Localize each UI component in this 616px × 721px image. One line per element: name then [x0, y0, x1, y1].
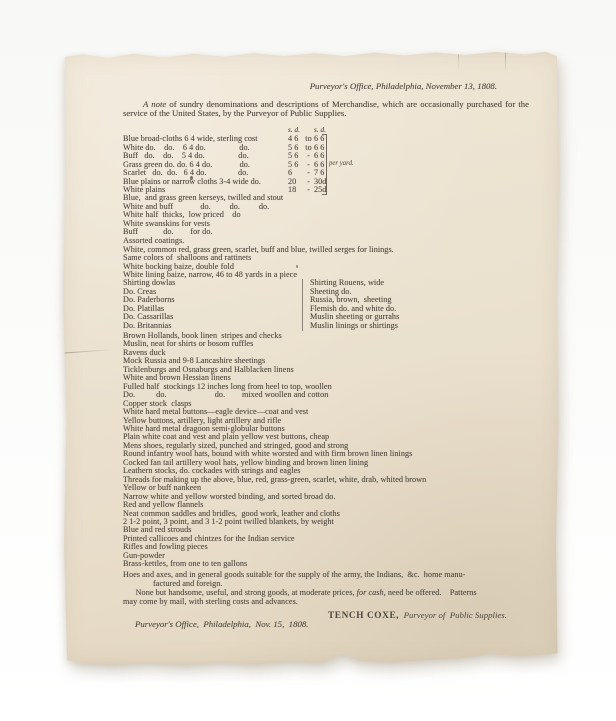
signer-name: TENCH COXE,: [328, 611, 399, 621]
scan-backdrop: Purveyor's Office, Philadelphia, Novembe…: [0, 0, 616, 721]
per-yard-bracket: [322, 134, 327, 195]
fold-crease-top-right: [505, 52, 506, 74]
closing-seg1: None but handsome, useful, and strong go…: [136, 588, 357, 597]
document-line: factured and foreign.: [123, 580, 465, 589]
signer-title: Purveyor of Public Supplies.: [399, 610, 507, 620]
document-line: Brass-kettles, from one to ten gallons: [123, 560, 426, 568]
goods-list: Brown Hollands, book linen stripes and c…: [123, 332, 426, 569]
shirting-row: Shirting dowlasShirting Rouens, wide: [123, 279, 399, 288]
document-line: Muslin, neat for shirts or bosom ruffles: [123, 340, 426, 348]
hoes-paragraph: Hoes and axes, and in general goods suit…: [123, 571, 465, 588]
document-paper-wrap: Purveyor's Office, Philadelphia, Novembe…: [58, 50, 561, 667]
fold-crease-top-right-2: [458, 53, 459, 69]
price-table: s. d. s. d. Blue broad-cloths 6 4 wide, …: [123, 126, 383, 195]
shirting-row: Do. BritanniasMuslin linings or shirting…: [123, 322, 399, 331]
intro-rest: of sundry denominations and descriptions…: [123, 99, 529, 118]
shirting-right-cell: Muslin linings or shirtings: [302, 322, 398, 331]
closing-for-cash: for cash: [357, 588, 384, 597]
intro-paragraph: A note of sundry denominations and descr…: [123, 100, 529, 119]
document-line: Rifles and fowling pieces: [123, 543, 426, 551]
document-page: Purveyor's Office, Philadelphia, Novembe…: [58, 50, 561, 667]
shirting-columns: Shirting dowlasShirting Rouens, wideDo. …: [123, 279, 399, 331]
signature-line: TENCH COXE, Purveyor of Public Supplies.: [328, 605, 507, 623]
fabric-list: Blue, and grass green kerseys, twilled a…: [123, 194, 394, 280]
shirting-left-cell: Do. Britannias: [123, 322, 302, 331]
dateline-bottom: Purveyor's Office, Philadelphia, Nov. 15…: [135, 620, 308, 629]
fold-crease-left: [58, 349, 114, 354]
closing-paragraph: None but handsome, useful, and strong go…: [123, 589, 477, 606]
closing-seg3: , need be offered. Patterns: [384, 588, 477, 597]
dateline-top: Purveyor's Office, Philadelphia, Novembe…: [58, 82, 497, 91]
per-yard-note: per yard.: [329, 160, 354, 167]
